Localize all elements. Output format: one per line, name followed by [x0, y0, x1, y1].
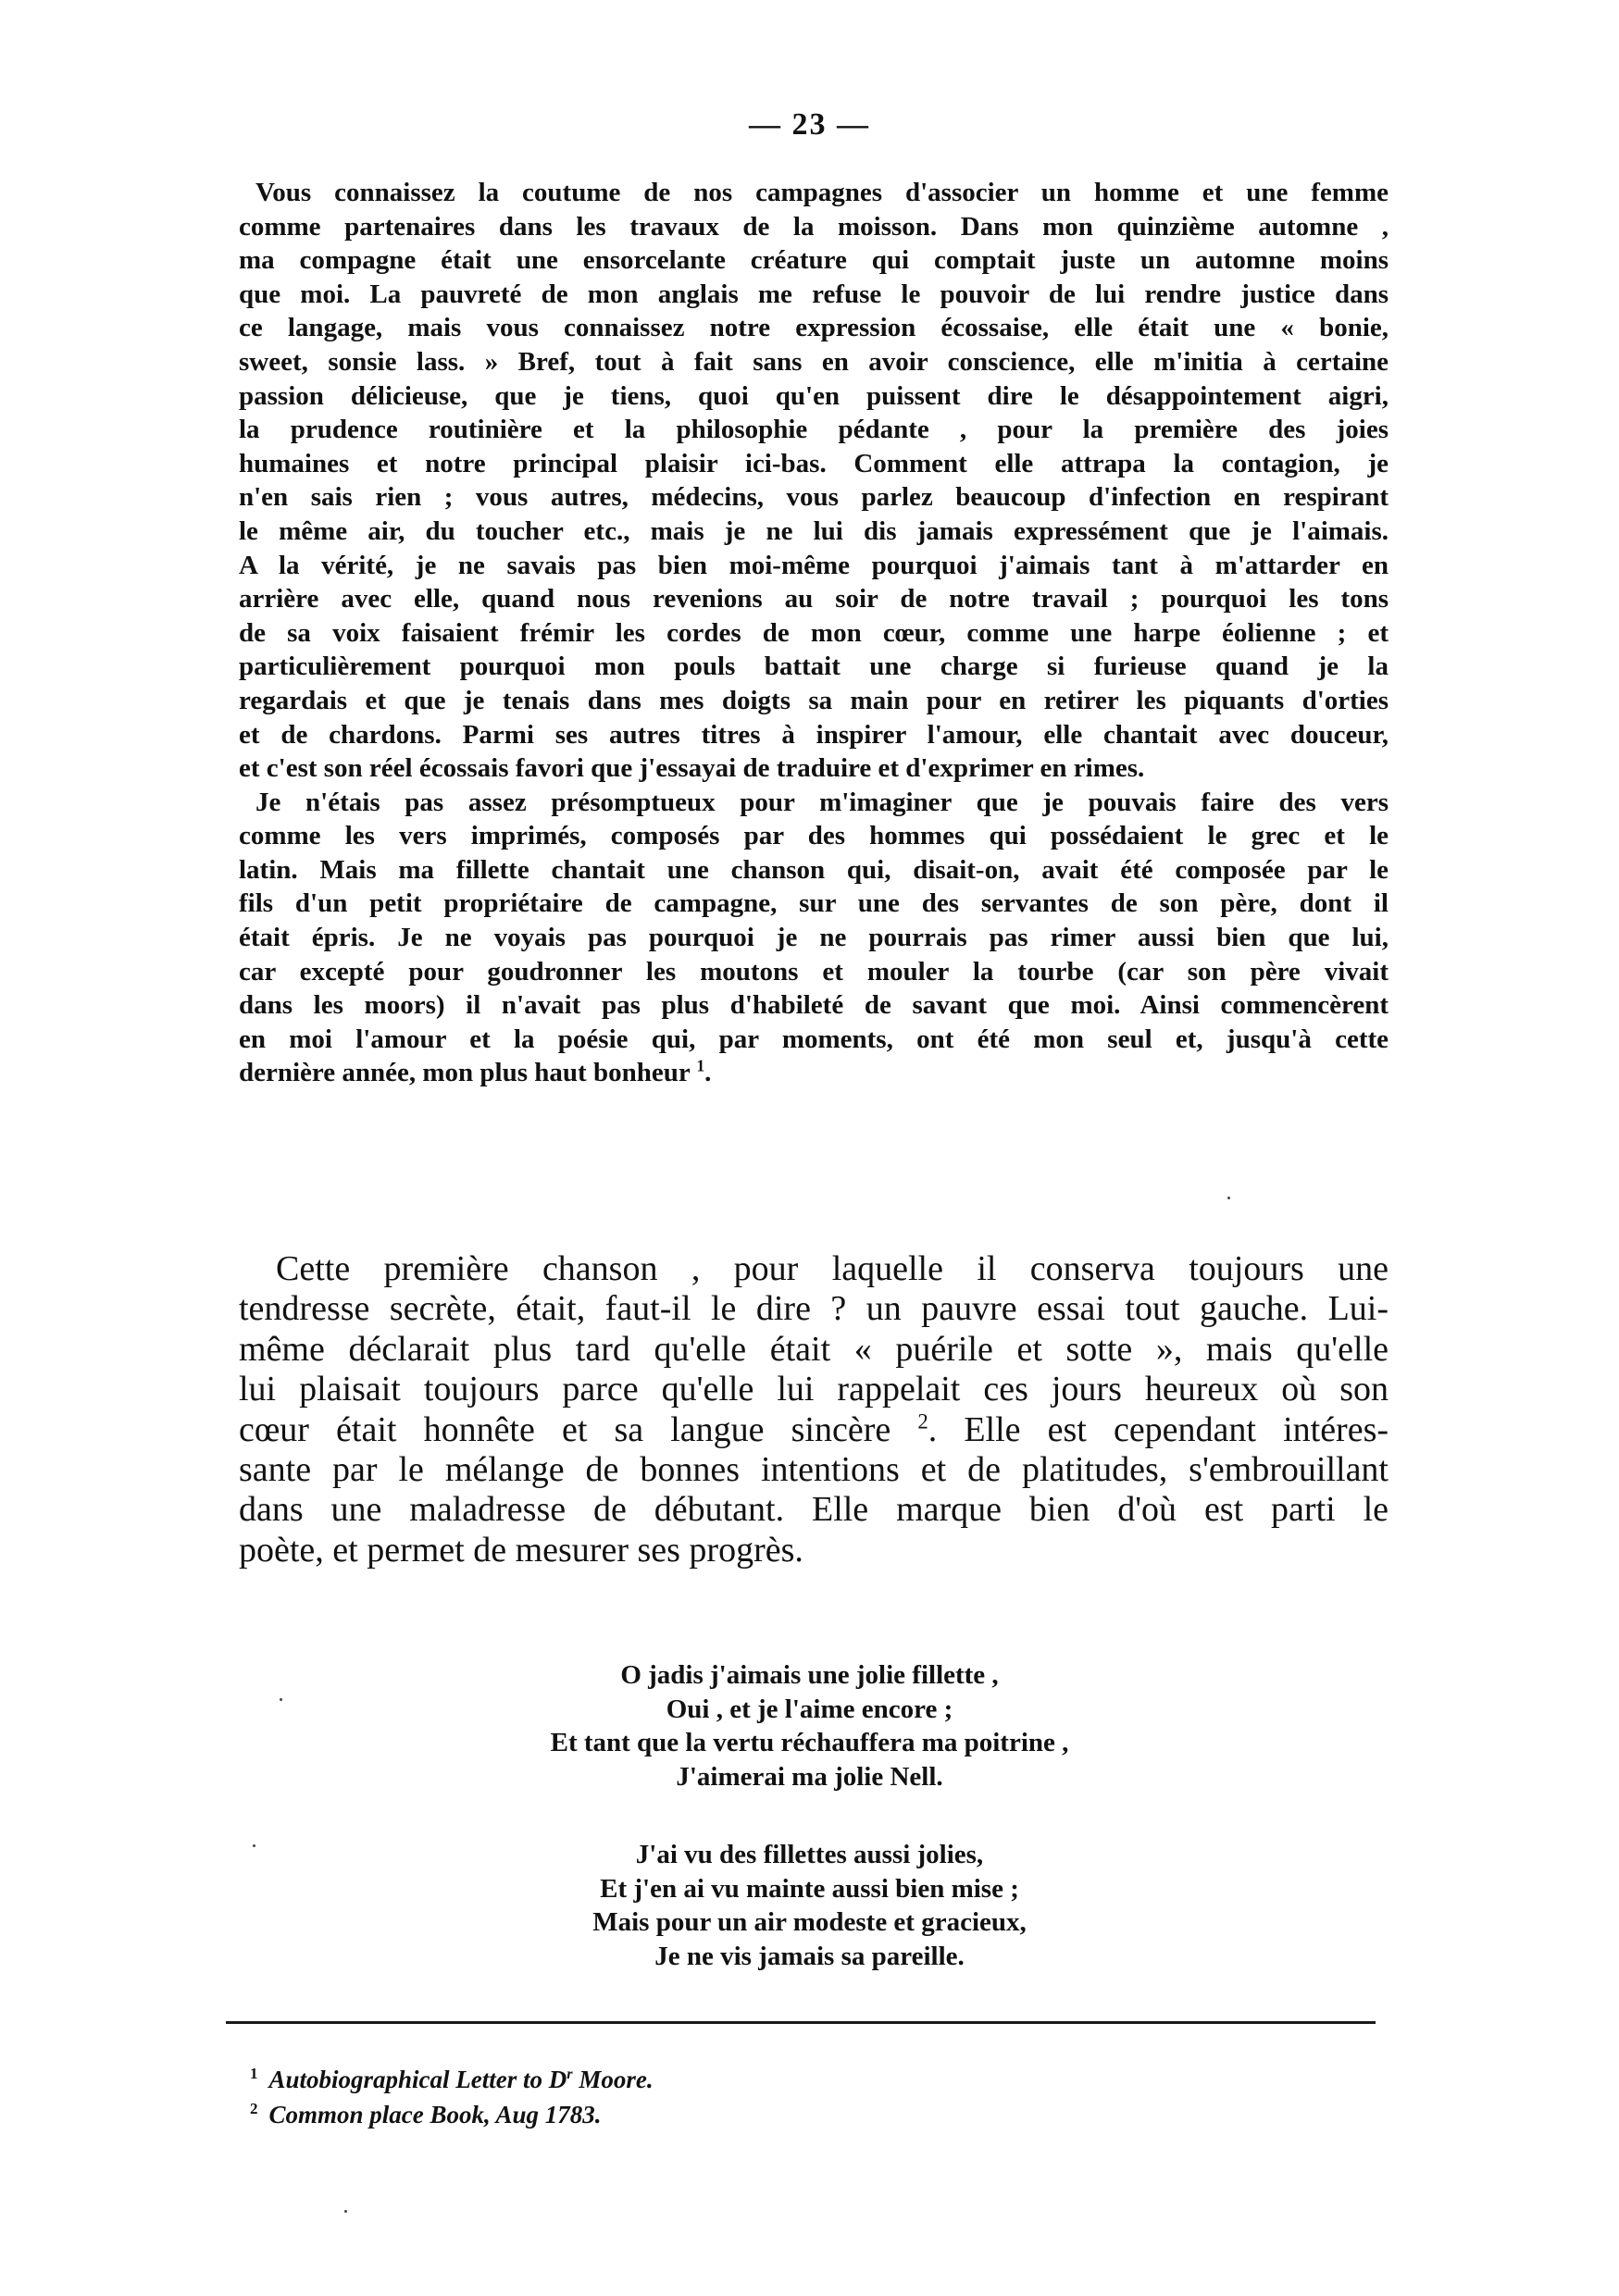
- text-line: et de chardons. Parmi ses autres titres …: [239, 718, 1389, 752]
- footnote-mark: 1: [250, 2065, 258, 2082]
- text-line: n'en sais rien ; vous autres, médecins, …: [239, 480, 1389, 515]
- footnote-text: Common place Book, Aug 1783.: [269, 2101, 602, 2128]
- text-line: dernière année, mon plus haut bonheur 1.: [239, 1056, 1389, 1090]
- text-line: en moi l'amour et la poésie qui, par mom…: [239, 1023, 1389, 1057]
- footnote-divider: [226, 2021, 1376, 2024]
- text-line: A la vérité, je ne savais pas bien moi-m…: [239, 549, 1389, 583]
- text-line: humaines et notre principal plaisir ici-…: [239, 447, 1389, 481]
- quote-paragraph-1: Vous connaissez la coutume de nos campag…: [239, 176, 1389, 786]
- verse-line: Je ne vis jamais sa pareille.: [0, 1940, 1619, 1974]
- text-line: poète, et permet de mesurer ses progrès.: [239, 1531, 1389, 1570]
- poem-stanza-2: J'ai vu des fillettes aussi jolies, Et j…: [0, 1838, 1619, 1973]
- verse-text: Oui , et je l'aime encore ;: [666, 1693, 953, 1727]
- print-speck: [1227, 1197, 1230, 1199]
- footnote-ref[interactable]: 2: [917, 1409, 928, 1433]
- footnote-text: Autobiographical Letter to D: [269, 2066, 567, 2093]
- verse-line: J'aimerai ma jolie Nell.: [0, 1760, 1619, 1794]
- text-line: sante par le mélange de bonnes intention…: [239, 1450, 1389, 1490]
- text-line: car excepté pour goudronner les moutons …: [239, 955, 1389, 989]
- footnote-2: 2Common place Book, Aug 1783.: [250, 2091, 654, 2127]
- text-line: et c'est son réel écossais favori que j'…: [239, 751, 1389, 786]
- footnote-ref[interactable]: 1: [696, 1057, 704, 1075]
- footnote-mark: 2: [250, 2100, 258, 2117]
- print-speck: [344, 2210, 347, 2213]
- line-text: cœur était honnête et sa langue sincère: [239, 1410, 890, 1449]
- text-line: le même air, du toucher etc., mais je ne…: [239, 515, 1389, 549]
- text-line: dans une maladresse de débutant. Elle ma…: [239, 1490, 1389, 1530]
- verse-line: O jadis j'aimais une jolie fillette ,: [0, 1658, 1619, 1693]
- verse-line: Mais pour un air modeste et gracieux,: [0, 1905, 1619, 1940]
- text-line: cœur était honnête et sa langue sincère …: [239, 1410, 1389, 1450]
- text-line: Cette première chanson , pour laquelle i…: [239, 1249, 1389, 1289]
- verse-line: Et tant que la vertu réchauffera ma poit…: [0, 1726, 1619, 1760]
- text-line: dans les moors) il n'avait pas plus d'ha…: [239, 988, 1389, 1023]
- verse-text: Et j'en ai vu mainte aussi bien mise ;: [600, 1872, 1019, 1906]
- text-line: latin. Mais ma fillette chantait une cha…: [239, 853, 1389, 887]
- text-line: même déclarait plus tard qu'elle était «…: [239, 1330, 1389, 1370]
- text-line: particulièrement pourquoi mon pouls batt…: [239, 650, 1389, 684]
- text-line: comme les vers imprimés, composés par de…: [239, 819, 1389, 853]
- verse-text: Mais pour un air modeste et gracieux,: [592, 1905, 1027, 1940]
- text-line: regardais et que je tenais dans mes doig…: [239, 684, 1389, 718]
- text-line: ce langage, mais vous connaissez notre e…: [239, 311, 1389, 345]
- body-paragraph: Cette première chanson , pour laquelle i…: [239, 1249, 1389, 1570]
- page-number: — 23 —: [0, 107, 1619, 143]
- text-line: Je n'étais pas assez présomptueux pour m…: [239, 786, 1389, 820]
- line-text: dernière année, mon plus haut bonheur: [239, 1058, 690, 1087]
- text-line: lui plaisait toujours parce qu'elle lui …: [239, 1370, 1389, 1409]
- line-text: . Elle est cependant intéres-: [928, 1410, 1389, 1449]
- verse-text: J'ai vu des fillettes aussi jolies,: [636, 1838, 983, 1872]
- text-line: comme partenaires dans les travaux de la…: [239, 210, 1389, 244]
- poem-stanza-1: O jadis j'aimais une jolie fillette , Ou…: [0, 1658, 1619, 1793]
- quoted-letter: Vous connaissez la coutume de nos campag…: [239, 176, 1389, 1090]
- verse-text: J'aimerai ma jolie Nell.: [676, 1760, 942, 1794]
- verse-line: Oui , et je l'aime encore ;: [0, 1693, 1619, 1727]
- verse-text: Je ne vis jamais sa pareille.: [654, 1940, 965, 1974]
- verse-text: O jadis j'aimais une jolie fillette ,: [620, 1658, 998, 1693]
- text-line: de sa voix faisaient frémir les cordes d…: [239, 616, 1389, 651]
- verse-text: Et tant que la vertu réchauffera ma poit…: [551, 1726, 1069, 1760]
- text-line: la prudence routinière et la philosophie…: [239, 413, 1389, 447]
- text-line: passion délicieuse, que je tiens, quoi q…: [239, 379, 1389, 414]
- verse-line: J'ai vu des fillettes aussi jolies,: [0, 1838, 1619, 1872]
- text-line: arrière avec elle, quand nous revenions …: [239, 582, 1389, 616]
- print-speck: [253, 1844, 255, 1847]
- text-line: était épris. Je ne voyais pas pourquoi j…: [239, 921, 1389, 955]
- footnote-text: Moore.: [573, 2066, 654, 2093]
- text-line: Vous connaissez la coutume de nos campag…: [239, 176, 1389, 210]
- quote-paragraph-2: Je n'étais pas assez présomptueux pour m…: [239, 786, 1389, 1090]
- verse-line: Et j'en ai vu mainte aussi bien mise ;: [0, 1872, 1619, 1906]
- print-speck: [280, 1698, 282, 1701]
- text-line: sweet, sonsie lass. » Bref, tout à fait …: [239, 345, 1389, 379]
- footnotes: 1Autobiographical Letter to Dr Moore. 2C…: [250, 2056, 654, 2127]
- text-line: fils d'un petit propriétaire de campagne…: [239, 887, 1389, 921]
- footnote-1: 1Autobiographical Letter to Dr Moore.: [250, 2056, 654, 2091]
- text-line: tendresse secrète, était, faut-il le dir…: [239, 1289, 1389, 1329]
- text-line: ma compagne était une ensorcelante créat…: [239, 243, 1389, 278]
- text-line: que moi. La pauvreté de mon anglais me r…: [239, 278, 1389, 312]
